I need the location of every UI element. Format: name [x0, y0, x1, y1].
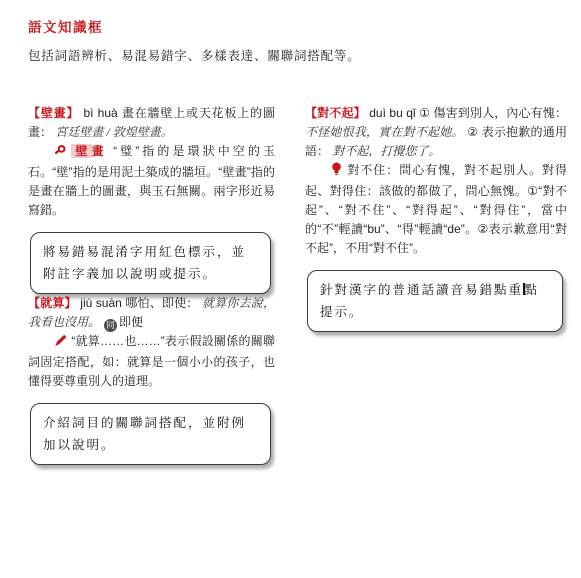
- pinyin-jiusuan: jiù suàn: [80, 296, 122, 310]
- callout-pronunciation-text-a: 針對漢字的普通話讀音易錯點重: [320, 283, 523, 297]
- left-column: 【壁畫】 bì huà 畫在牆壁上或天花板上的圖畫： 宮廷壁畫 / 敦煌壁畫。 …: [28, 104, 275, 465]
- page-subtitle: 包括詞語辨析、易混易錯字、多樣表達、關聯詞搭配等。: [28, 46, 581, 64]
- headword-jiusuan: 【就算】: [28, 296, 77, 310]
- sense1-definition: 傷害到別人，內心有愧：: [433, 106, 567, 120]
- two-column-layout: 【壁畫】 bì huà 畫在牆壁上或天花板上的圖畫： 宮廷壁畫 / 敦煌壁畫。 …: [28, 104, 581, 465]
- pen-icon: [41, 334, 67, 353]
- entry-duibuqi: 【對不起】 duì bu qǐ ① 傷害到別人，內心有愧： 不怪她恨我，實在對不…: [305, 104, 567, 161]
- conjunction-note-jiusuan: “就算……也……”表示假設關係的關聯詞固定搭配，如：就算是一個小小的孩子，也懂得…: [28, 332, 275, 391]
- callout-conjunction-pairs: 介紹詞目的關聯詞搭配，並附例加以說明。: [30, 403, 271, 465]
- right-column: 【對不起】 duì bu qǐ ① 傷害到別人，內心有愧： 不怪她恨我，實在對不…: [305, 104, 567, 465]
- pinyin-duibuqi: duì bu qǐ: [369, 106, 415, 120]
- pronunciation-tip-duibuqi: 對不住：問心有愧，對不起別人。對得起、對得住：該做的都做了，問心無愧。①“對不起…: [305, 161, 567, 258]
- definition-jiusuan: 哪怕、即使：: [125, 296, 198, 310]
- sense1-number: ①: [419, 106, 430, 120]
- sense1-example: 不怪她恨我，實在對不起她。: [305, 125, 464, 139]
- sense2-number: ②: [467, 125, 478, 139]
- sense2-example: 對不起，打攪您了。: [332, 144, 440, 158]
- magnifier-icon: [41, 144, 67, 163]
- pronunciation-tip-text: 對不住：問心有愧，對不起別人。對得起、對得住：該做的都做了，問心無愧。①“對不起…: [305, 163, 567, 255]
- confusable-char-highlight: 壁: [71, 144, 91, 158]
- dictionary-guide-page: 語文知識框 包括詞語辨析、易混易錯字、多樣表達、關聯詞搭配等。 【壁畫】 bì …: [0, 0, 581, 578]
- example-bihua: 宮廷壁畫 / 敦煌壁畫。: [55, 125, 172, 139]
- pinyin-bihua: bì huà: [84, 106, 118, 120]
- entry-jiusuan: 【就算】 jiù suàn 哪怕、即使： 就算你去說，我看也沒用。同即便: [28, 294, 275, 332]
- synonym-mark-icon: 同: [104, 319, 117, 332]
- confusable-note-bihua: 壁畫 “璧”指的是環狀中空的玉石。“壁”指的是用泥土築成的牆垣。“壁畫”指的是畫…: [28, 142, 275, 220]
- confusable-word-rest: 畫: [92, 144, 107, 158]
- callout-confusable-chars: 將易錯易混淆字用紅色標示，並附註字義加以說明或提示。: [30, 232, 271, 294]
- callout-pronunciation: 針對漢字的普通話讀音易錯點重點提示。: [307, 270, 563, 332]
- entry-bihua: 【壁畫】 bì huà 畫在牆壁上或天花板上的圖畫： 宮廷壁畫 / 敦煌壁畫。: [28, 104, 275, 142]
- headword-duibuqi: 【對不起】: [305, 106, 366, 120]
- headword-bihua: 【壁畫】: [28, 106, 79, 120]
- page-title: 語文知識框: [28, 16, 581, 36]
- lightbulb-icon: [318, 162, 342, 182]
- synonym-jiusuan: 即便: [119, 315, 143, 329]
